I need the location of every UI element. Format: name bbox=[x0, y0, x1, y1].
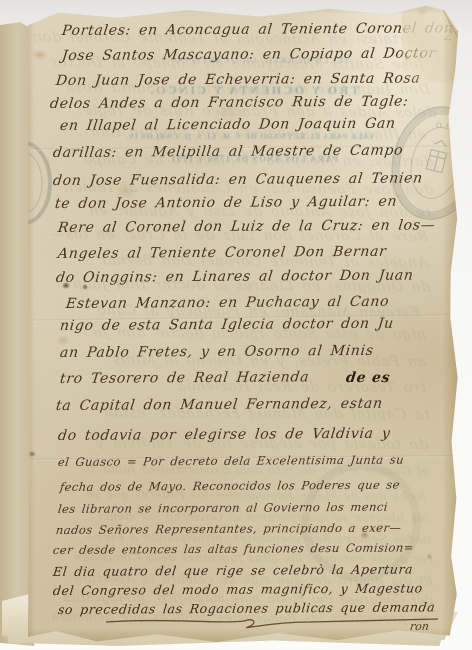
manuscript-line: te don Jose Antonio de Liso y Aguilar: e… bbox=[54, 194, 398, 212]
manuscript-line: Jose Santos Mascayano: en Copiapo al Doc… bbox=[61, 45, 437, 64]
manuscript-line: do todavia por elegirse los de Valdivia … bbox=[57, 426, 391, 444]
stain bbox=[426, 553, 433, 560]
manuscript-line: Angeles al Teniente Coronel Don Bernar bbox=[57, 244, 387, 262]
manuscript-page: SELLO QUARTO, UN QUARTILLO TRO Y OCHENTA… bbox=[28, 5, 458, 642]
manuscript-line: el Guasco = Por decreto dela Excelentisi… bbox=[57, 453, 405, 469]
manuscript-correction: de es bbox=[345, 370, 391, 386]
manuscript-line: en Illapel al Licenciado Don Joaquin Gan bbox=[59, 116, 397, 134]
manuscript-line: del Congreso del modo mas magnifico, y M… bbox=[52, 580, 424, 598]
manuscript-line: Rere al Coronel don Luiz de la Cruz: en … bbox=[57, 217, 436, 236]
flourish-rule bbox=[104, 613, 440, 629]
stain bbox=[32, 49, 48, 61]
catchword: ron bbox=[409, 620, 430, 633]
manuscript-line: darillas: en Melipilla al Maestre de Cam… bbox=[52, 143, 404, 161]
manuscript-line: delos Andes a don Francisco Ruis de Tagl… bbox=[49, 93, 409, 112]
manuscript-line: cer desde entonces las altas funciones d… bbox=[52, 540, 415, 557]
manuscript-line: tro Tesorero de Real Hazienda bbox=[59, 369, 310, 387]
manuscript-line: do Oinggins: en Linares al doctor Don Ju… bbox=[55, 268, 414, 286]
manuscript-line: Don Juan Jose de Echeverria: en Santa Ro… bbox=[55, 70, 421, 89]
svg-text:OFICIO: OFICIO bbox=[426, 118, 472, 157]
manuscript-line: Portales: en Aconcagua al Teniente Coron… bbox=[61, 20, 454, 39]
manuscript-line: Estevan Manzano: en Puchacay al Cano bbox=[65, 294, 390, 312]
manuscript-line: an Pablo Fretes, y en Osorno al Minis bbox=[59, 343, 375, 361]
manuscript-line: les libraron se incorporaron al Govierno… bbox=[57, 500, 389, 516]
manuscript-line: El dia quatro del que rige se celebrò la… bbox=[52, 561, 414, 579]
paper-seal: OFICIO bbox=[386, 101, 472, 225]
manuscript-line: fecha dos de Mayo. Reconocidos los Poder… bbox=[59, 478, 401, 494]
manuscript-line: don Jose Fuensalida: en Cauquenes al Ten… bbox=[52, 170, 424, 189]
seal-ring-text: OFICIO bbox=[426, 118, 472, 157]
photo-background: SELLO QUARTO, UN QUARTILLO TRO Y OCHENTA… bbox=[0, 0, 472, 650]
manuscript-line: nigo de esta Santa Iglecia doctor don Ju bbox=[59, 316, 395, 334]
manuscript-line: ta Capital don Manuel Fernandez, estan bbox=[55, 396, 384, 414]
manuscript-line: nados Señores Representantes, principian… bbox=[55, 521, 402, 537]
dog-ear-fold bbox=[402, 5, 458, 83]
